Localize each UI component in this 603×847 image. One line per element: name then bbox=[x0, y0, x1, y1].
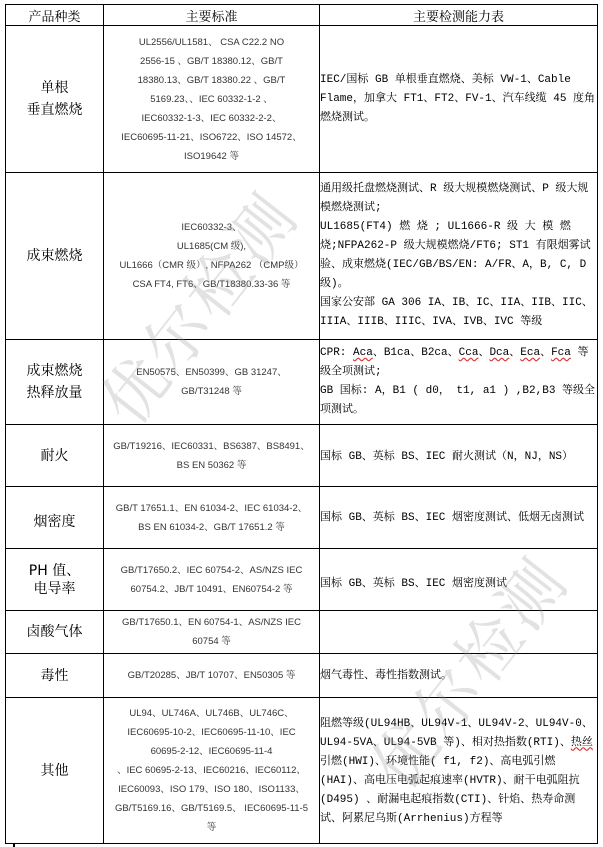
standard-line: UL1685(CM 级), bbox=[104, 237, 319, 256]
standard-line: 60695-2-12、IEC60695-11-4 bbox=[104, 742, 319, 761]
text-cursor-mark bbox=[13, 843, 15, 847]
standard-line: GB/T19216、IEC60331、BS6387、BS8491、 bbox=[104, 437, 319, 456]
standards-cell: GB/T19216、IEC60331、BS6387、BS8491、 BS EN … bbox=[104, 425, 320, 487]
capabilities-cell: 国标 GB、英标 BS、IEC 烟密度测试、低烟无卤测试 bbox=[320, 487, 598, 549]
table-row: 其他 UL94、UL746A、UL746B、UL746C、 IEC60695-1… bbox=[6, 698, 598, 844]
standard-line: UL1666（CMR 级）, NFPA262 （CMP级） bbox=[104, 256, 319, 275]
standards-cell: GB/T20285、JB/T 10707、EN50305 等 bbox=[104, 654, 320, 698]
standards-cell: GB/T17650.2、IEC 60754-2、AS/NZS IEC 60754… bbox=[104, 549, 320, 611]
category-text: 烟密度 bbox=[6, 511, 103, 533]
standard-line: GB/T17650.1、EN 60754-1、AS/NZS IEC bbox=[104, 613, 319, 632]
table-header-row: 产品种类 主要标准 主要检测能力表 bbox=[6, 5, 598, 26]
table-row: 成束燃烧 热释放量 EN50575、EN50399、GB 31247、 GB/T… bbox=[6, 340, 598, 425]
capability-text-part: 引燃(HWI)、环境性能( f1, f2)、高电弧引燃(HAI)、高电压电弧起痕… bbox=[320, 756, 580, 825]
category-text: 其他 bbox=[6, 760, 103, 782]
cpr-class: Dca bbox=[489, 347, 509, 359]
table-row: 烟密度 GB/T 17651.1、EN 61034-2、IEC 61034-2、… bbox=[6, 487, 598, 549]
capability-text: UL1685(FT4) 燃 烧 ; UL1666-R 级 大 模 燃 烧;NFP… bbox=[320, 218, 597, 294]
standard-line: 、IEC 60695-2-13、IEC60216、IEC60112、 bbox=[104, 761, 319, 780]
document-page: 产品种类 主要标准 主要检测能力表 单根 垂直燃烧 UL2556/UL1581、… bbox=[5, 4, 598, 844]
standard-line: GB/T 17651.1、EN 61034-2、IEC 61034-2、 bbox=[104, 499, 319, 518]
standard-line: GB/T5169.16、GB/T5169.5、 IEC60695-11-5 bbox=[104, 799, 319, 818]
spellcheck-underlined-text: 热丝 bbox=[571, 737, 593, 749]
category-text: 成束燃烧 bbox=[6, 360, 103, 382]
capabilities-cell: 烟气毒性、毒性指数测试。 bbox=[320, 654, 598, 698]
capabilities-cell: CPR: Aca、B1ca、B2ca、Cca、Dca、Eca、Fca 等级全项测… bbox=[320, 340, 598, 425]
category-text: 电导率 bbox=[6, 580, 103, 598]
standard-line: IEC60093、ISO 179、ISO 180、ISO1133、 bbox=[104, 780, 319, 799]
standard-line: IEC60332-3、 bbox=[104, 218, 319, 237]
capability-text-part: 阻燃等级(UL94HB、UL94V-1、UL94V-2、UL94V-0、UL94… bbox=[320, 718, 593, 749]
capability-text: 国家公安部 GA 306 IA、IB、IC、IIA、IIB、IIC、IIIA、I… bbox=[320, 294, 597, 332]
category-cell: 成束燃烧 bbox=[6, 173, 104, 340]
capability-text: 烟气毒性、毒性指数测试。 bbox=[320, 667, 597, 686]
category-text: 单根 bbox=[6, 77, 103, 99]
standards-cell: UL2556/UL1581、 CSA C22.2 NO 2556-15 、GB/… bbox=[104, 26, 320, 173]
header-main-standards: 主要标准 bbox=[104, 5, 320, 26]
category-text: 成束燃烧 bbox=[6, 245, 103, 267]
standard-line: 18380.13、GB/T 18380.22 、GB/T bbox=[104, 71, 319, 90]
category-cell: 成束燃烧 热释放量 bbox=[6, 340, 104, 425]
standard-line: GB/T17650.2、IEC 60754-2、AS/NZS IEC bbox=[104, 561, 319, 580]
standard-line: ISO19642 等 bbox=[104, 147, 319, 166]
standards-cell: UL94、UL746A、UL746B、UL746C、 IEC60695-10-2… bbox=[104, 698, 320, 844]
capability-text: 阻燃等级(UL94HB、UL94V-1、UL94V-2、UL94V-0、UL94… bbox=[320, 715, 597, 829]
category-cell: 其他 bbox=[6, 698, 104, 844]
cpr-class: B2ca bbox=[421, 347, 447, 359]
cpr-capability-line: CPR: Aca、B1ca、B2ca、Cca、Dca、Eca、Fca 等级全项测… bbox=[320, 344, 597, 382]
category-cell: 卤酸气体 bbox=[6, 611, 104, 654]
capabilities-cell: 通用级托盘燃烧测试、R 级大规模燃烧测试、P 级大规模燃烧测试; UL1685(… bbox=[320, 173, 598, 340]
standard-line: UL2556/UL1581、 CSA C22.2 NO bbox=[104, 33, 319, 52]
table-row: PH 值、 电导率 GB/T17650.2、IEC 60754-2、AS/NZS… bbox=[6, 549, 598, 611]
table-row: 成束燃烧 IEC60332-3、 UL1685(CM 级), UL1666（CM… bbox=[6, 173, 598, 340]
capabilities-cell: 国标 GB、英标 BS、IEC 耐火测试（N，NJ，NS） bbox=[320, 425, 598, 487]
capability-text: GB 国标: A，B1 ( d0， t1, a1 ) ,B2,B3 等级全项测试… bbox=[320, 382, 597, 420]
standards-cell: GB/T 17651.1、EN 61034-2、IEC 61034-2、 BS … bbox=[104, 487, 320, 549]
category-text: 热释放量 bbox=[6, 382, 103, 404]
standard-line: IEC60695-10-2、IEC60695-11-10、IEC bbox=[104, 723, 319, 742]
capabilities-cell: 阻燃等级(UL94HB、UL94V-1、UL94V-2、UL94V-0、UL94… bbox=[320, 698, 598, 844]
cpr-prefix: CPR: bbox=[320, 347, 353, 359]
standards-cell: IEC60332-3、 UL1685(CM 级), UL1666（CMR 级）,… bbox=[104, 173, 320, 340]
category-text: 垂直燃烧 bbox=[6, 99, 103, 121]
standards-cell: EN50575、EN50399、GB 31247、 GB/T31248 等 bbox=[104, 340, 320, 425]
capability-text: 国标 GB、英标 BS、IEC 烟密度测试、低烟无卤测试 bbox=[320, 509, 597, 528]
category-text: 卤酸气体 bbox=[6, 621, 103, 643]
cpr-class: Aca bbox=[353, 347, 373, 359]
capabilities-cell: 国标 GB、英标 BS、IEC 烟密度测试 bbox=[320, 549, 598, 611]
standard-line: IEC60695-11-21、ISO6722、ISO 14572、 bbox=[104, 128, 319, 147]
standard-line: BS EN 50362 等 bbox=[104, 456, 319, 475]
capabilities-cell: IEC/国标 GB 单根垂直燃烧、美标 VW-1、Cable Flame，加拿大… bbox=[320, 26, 598, 173]
standard-line: 2556-15 、GB/T 18380.12、GB/T bbox=[104, 52, 319, 71]
standard-line: 5169.23、、IEC 60332-1-2 、 bbox=[104, 90, 319, 109]
category-cell: 单根 垂直燃烧 bbox=[6, 26, 104, 173]
standard-line: 60754 等 bbox=[104, 632, 319, 651]
table-row: 卤酸气体 GB/T17650.1、EN 60754-1、AS/NZS IEC 6… bbox=[6, 611, 598, 654]
header-main-capabilities: 主要检测能力表 bbox=[320, 5, 598, 26]
standard-line: EN50575、EN50399、GB 31247、 bbox=[104, 363, 319, 382]
cpr-class: Eca bbox=[520, 347, 540, 359]
capability-text: 国标 GB、英标 BS、IEC 烟密度测试 bbox=[320, 575, 597, 594]
capability-text: 国标 GB、英标 BS、IEC 耐火测试（N，NJ，NS） bbox=[320, 448, 597, 467]
standard-line: CSA FT4, FT6、GB/T18380.33-36 等 bbox=[104, 275, 319, 294]
cpr-class: Fca bbox=[551, 347, 571, 359]
table-row: 毒性 GB/T20285、JB/T 10707、EN50305 等 烟气毒性、毒… bbox=[6, 654, 598, 698]
table-row: 单根 垂直燃烧 UL2556/UL1581、 CSA C22.2 NO 2556… bbox=[6, 26, 598, 173]
cpr-class: B1ca bbox=[384, 347, 410, 359]
standard-line: GB/T20285、JB/T 10707、EN50305 等 bbox=[104, 666, 319, 685]
standards-cell: GB/T17650.1、EN 60754-1、AS/NZS IEC 60754 … bbox=[104, 611, 320, 654]
standard-line: UL94、UL746A、UL746B、UL746C、 bbox=[104, 704, 319, 723]
capabilities-cell-empty bbox=[320, 611, 598, 654]
category-cell: PH 值、 电导率 bbox=[6, 549, 104, 611]
header-product-category: 产品种类 bbox=[6, 5, 104, 26]
standard-line: 60754.2、JB/T 10491、EN60754-2 等 bbox=[104, 580, 319, 599]
category-text: 毒性 bbox=[6, 665, 103, 687]
category-cell: 烟密度 bbox=[6, 487, 104, 549]
capability-text: IEC/国标 GB 单根垂直燃烧、美标 VW-1、Cable Flame，加拿大… bbox=[320, 71, 597, 128]
standard-line: BS EN 61034-2、GB/T 17651.2 等 bbox=[104, 518, 319, 537]
category-text: 耐火 bbox=[6, 445, 103, 467]
standard-line: GB/T31248 等 bbox=[104, 382, 319, 401]
testing-capability-table: 产品种类 主要标准 主要检测能力表 单根 垂直燃烧 UL2556/UL1581、… bbox=[5, 4, 598, 844]
category-cell: 毒性 bbox=[6, 654, 104, 698]
table-row: 耐火 GB/T19216、IEC60331、BS6387、BS8491、 BS … bbox=[6, 425, 598, 487]
standard-line: IEC60332-1-3、IEC 60332-2-2、 bbox=[104, 109, 319, 128]
capability-text: 通用级托盘燃烧测试、R 级大规模燃烧测试、P 级大规模燃烧测试; bbox=[320, 180, 597, 218]
category-text: PH 值、 bbox=[6, 562, 103, 580]
standard-line: 等 bbox=[104, 818, 319, 837]
cpr-class: Cca bbox=[459, 347, 479, 359]
category-cell: 耐火 bbox=[6, 425, 104, 487]
